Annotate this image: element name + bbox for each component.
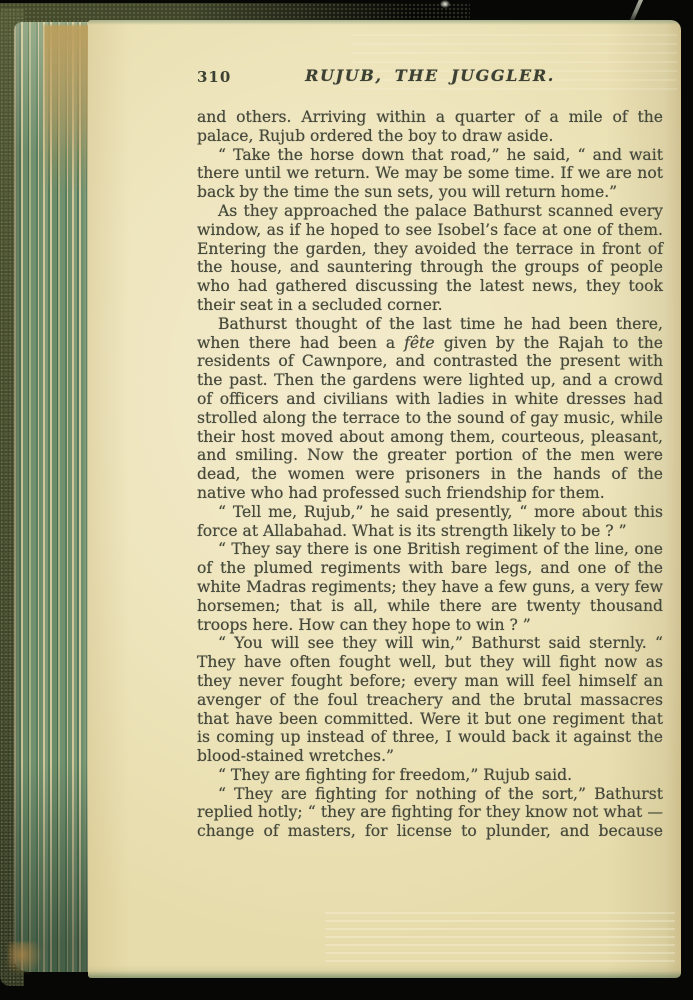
paragraph: “ They are fighting for nothing of the s… [197, 785, 663, 841]
running-head: RUJUB, THE JUGGLER. [197, 66, 663, 85]
body-text: “ They are fighting for nothing of the s… [197, 785, 663, 841]
paragraph: “ You will see they will win,” Bathurst … [197, 634, 663, 766]
paragraph: “ They say there is one British regiment… [197, 540, 663, 634]
body-text: and others. Arriving within a quarter of… [197, 108, 663, 145]
body-text: “ Tell me, Rujub,” he said presently, “ … [197, 503, 663, 540]
paragraph: “ They are fighting for freedom,” Rujub … [197, 766, 663, 785]
body-text: given by the Rajah to the residents of C… [197, 334, 663, 502]
book-scan-photo: 310 RUJUB, THE JUGGLER. and others. Arri… [0, 0, 693, 1000]
fore-edge-stain [44, 25, 92, 193]
paragraph: As they approached the palace Bathurst s… [197, 202, 663, 315]
page-number: 310 [197, 68, 231, 86]
paragraph: Bathurst thought of the last time he had… [197, 315, 663, 503]
paragraph: and others. Arriving within a quarter of… [197, 108, 663, 146]
dust-speck [440, 0, 450, 8]
body-text: “ You will see they will win,” Bathurst … [197, 634, 663, 765]
paragraph: “ Tell me, Rujub,” he said presently, “ … [197, 503, 663, 541]
fore-edge-stain-bottom [8, 942, 42, 974]
body-text: “ They say there is one British regiment… [197, 540, 663, 633]
text-block: and others. Arriving within a quarter of… [197, 108, 663, 841]
book-page: 310 RUJUB, THE JUGGLER. and others. Arri… [88, 20, 681, 978]
page-header: 310 RUJUB, THE JUGGLER. [197, 66, 663, 90]
body-text: “ They are fighting for freedom,” Rujub … [218, 766, 572, 784]
body-text: “ Take the horse down that road,” he sai… [197, 146, 663, 202]
italic-text: fête [404, 334, 435, 352]
body-text: As they approached the palace Bathurst s… [197, 202, 663, 314]
paragraph: “ Take the horse down that road,” he sai… [197, 146, 663, 202]
